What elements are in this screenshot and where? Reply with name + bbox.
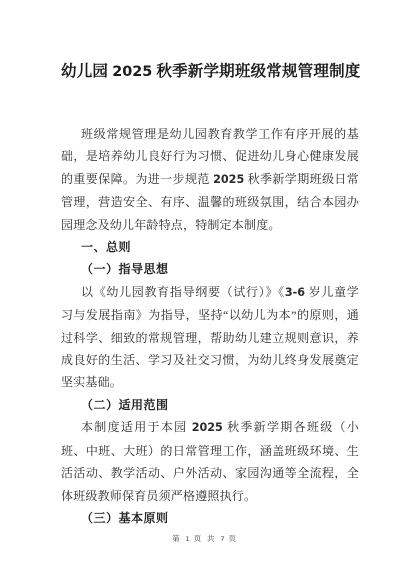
- paragraph-scope: 本制度适用于本园 2025 秋季新学期各班级（小班、中班、大班）的日常管理工作，…: [61, 416, 359, 507]
- document-title: 幼儿园 2025 秋季新学期班级常规管理制度: [61, 61, 359, 83]
- intro-paragraph: 班级常规管理是幼儿园教育教学工作有序开展的基础，是培养幼儿良好行为习惯、促进幼儿…: [61, 123, 359, 236]
- subsection-heading-basic-principles: （三）基本原则: [61, 507, 359, 529]
- subsection-heading-scope: （二）适用范围: [61, 394, 359, 416]
- section-heading-general-rules: 一、总则: [61, 236, 359, 258]
- document-page: 幼儿园 2025 秋季新学期班级常规管理制度 班级常规管理是幼儿园教育教学工作有…: [0, 0, 410, 580]
- page-number-footer: 第 1 页 共 7 页: [0, 533, 410, 544]
- paragraph-guiding-ideology: 以《幼儿园教育指导纲要（试行）》《3-6 岁儿童学习与发展指南》为指导，坚持“以…: [61, 281, 359, 394]
- subsection-heading-guiding-ideology: （一）指导思想: [61, 258, 359, 280]
